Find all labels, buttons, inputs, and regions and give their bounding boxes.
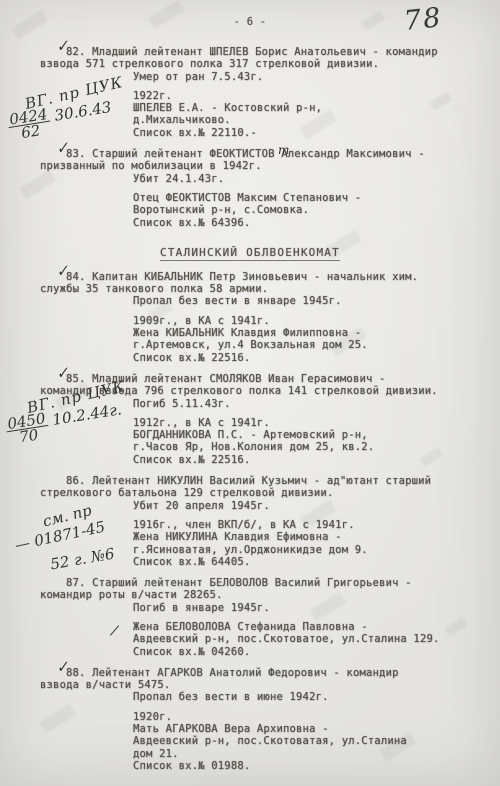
typed-line: Воротынский р-н, с.Сомовка.	[133, 204, 480, 216]
margin-annotation-86: см. пр — 01871-45 52 г. №6	[14, 504, 115, 568]
page-number: - 6 -	[40, 16, 460, 28]
typed-line: 84. Капитан КИБАЛЬНИК Петр Зиновьевич - …	[40, 271, 480, 283]
margin-annotation-82: ВГ. пр ЦУК 0424 62 30.6.43	[24, 84, 124, 133]
entry-paragraph: 84. Капитан КИБАЛЬНИК Петр Зиновьевич - …	[40, 271, 480, 308]
typed-line: Жена КИБАЛЬНИК Клавдия Филипповна -	[133, 327, 480, 339]
typed-line: взвода 571 стрелкового полка 317 стрелко…	[40, 58, 480, 70]
typed-line: 1920г.	[133, 711, 480, 723]
entry-paragraph: 83. Старший лейтенант ФЕОКТИСТОВ Алексан…	[40, 148, 480, 185]
entry-details: 1909г., в КА с 1941г.Жена КИБАЛЬНИК Клав…	[40, 315, 480, 364]
handwritten-sheet-number: 78	[402, 2, 443, 37]
typed-line: Отец ФЕОКТИСТОВ Максим Степанович -	[133, 192, 480, 204]
typed-line: 88. Лейтенант АГАРКОВ Анатолий Федорович…	[40, 667, 480, 679]
typed-line: Список вх.№ 01988.	[133, 760, 480, 772]
handwritten-checkmark: ✓	[55, 36, 71, 56]
typed-line: 86. Лейтенант НИКУЛИН Василий Кузьмич - …	[40, 475, 480, 487]
typed-line: Мать АГАРКОВА Вера Архиповна -	[133, 723, 480, 735]
margin-annotation-85: ВГ. пр ЦУК 0450 70 10.2.44г.	[26, 388, 126, 437]
typed-line: Авдеевский р-н, пос.Скотоватая, ул.Стали…	[133, 735, 480, 747]
entry-details: 1920г.Мать АГАРКОВА Вера Архиповна -Авде…	[40, 711, 480, 772]
typed-line: Пропал без вести в январе 1945г.	[40, 295, 480, 307]
entry: ✓ 83. Старший лейтенант ФЕОКТИСТОВ Алекс…	[40, 148, 480, 229]
entry: ✓ 84. Капитан КИБАЛЬНИК Петр Зиновьевич …	[40, 271, 480, 364]
entry: ✓ 88. Лейтенант АГАРКОВ Анатолий Федоров…	[40, 667, 480, 772]
typed-line: Список вх.№ 22516.	[133, 352, 480, 364]
typed-line: г.Ясиноватая, ул.Орджоникидзе дом 9.	[133, 544, 480, 556]
handwritten-checkmark: ✓	[55, 261, 71, 281]
typed-line: ШПЕЛЕВ Е.А. - Костовский р-н,	[133, 102, 480, 114]
typed-line: взвода в/части 5475.	[40, 679, 480, 691]
section-heading-row: СТАЛИНСКИЙ ОБЛВОЕНКОМАТ	[40, 241, 460, 261]
handwritten-correction: т	[278, 143, 289, 157]
entry-details: Отец ФЕОКТИСТОВ Максим Степанович -Ворот…	[40, 192, 480, 229]
typed-line: 82. Младший лейтенант ШПЕЛЕВ Борис Анато…	[40, 46, 480, 58]
typed-line: 83. Старший лейтенант ФЕОКТИСТОВ Алексан…	[40, 148, 480, 160]
typed-line: г.Артемовск, ул.4 Вокзальная дом 25.	[133, 339, 480, 351]
entry: 87. Старший лейтенант БЕЛОВОЛОВ Василий …	[40, 577, 480, 658]
typed-line: Список вх.№ 64405.	[133, 556, 480, 568]
typed-line: призванный по мобилизации в 1942г.	[40, 160, 480, 172]
typed-line: Список вх.№ 04260.	[133, 646, 480, 658]
typed-line: командир роты в/части 28265.	[40, 589, 480, 601]
entry-paragraph: 88. Лейтенант АГАРКОВ Анатолий Федорович…	[40, 667, 480, 704]
typed-line: 87. Старший лейтенант БЕЛОВОЛОВ Василий …	[40, 577, 480, 589]
typed-line: Авдеевский р-н, пос.Скотоватое, ул.Стали…	[133, 633, 480, 645]
typed-line: Убит 24.1.43г.	[40, 173, 480, 185]
detail-mark: ∕	[110, 623, 118, 640]
typed-line: 1909г., в КА с 1941г.	[133, 315, 480, 327]
handwritten-checkmark: ✓	[55, 363, 71, 383]
typed-line: Список вх.№ 22516.	[133, 454, 480, 466]
typed-line: Жена НИКУЛИНА Клавдия Ефимовна -	[133, 531, 480, 543]
typed-line: Список вх.№ 64396.	[133, 217, 480, 229]
entries: ✓ 82. Младший лейтенант ШПЕЛЕВ Борис Ана…	[40, 46, 480, 229]
typed-line: 1912г., в КА с 1941г.	[133, 417, 480, 429]
section-heading: СТАЛИНСКИЙ ОБЛВОЕНКОМАТ	[160, 246, 340, 261]
handwritten-checkmark: ✓	[55, 138, 71, 158]
typed-line: Пропал без вести в июне 1942г.	[40, 691, 480, 703]
typed-line: 1922г.	[133, 90, 480, 102]
typed-line: Жена БЕЛОВОЛОВА Стефанида Павловна -	[133, 621, 480, 633]
typed-line: БОГДАННИКОВА П.С. - Артемовский р-н,	[133, 429, 480, 441]
typed-line: д.Михальчиково.	[133, 114, 480, 126]
entry-details: ∕ Жена БЕЛОВОЛОВА Стефанида Павловна -Ав…	[40, 621, 480, 658]
typed-line: 1916г., член ВКП/б/, в КА с 1941г.	[133, 519, 480, 531]
typed-line: службы 35 танкового полка 58 армии.	[40, 283, 480, 295]
entry-paragraph: 87. Старший лейтенант БЕЛОВОЛОВ Василий …	[40, 577, 480, 614]
typed-line: г.Часов Яр, Нов.Колония дом 25, кв.2.	[133, 441, 480, 453]
typed-line: Список вх.№ 22110.-	[133, 127, 480, 139]
handwritten-checkmark: ✓	[55, 657, 71, 677]
typed-line: Погиб в январе 1945г.	[40, 602, 480, 614]
typed-line: дом 21.	[133, 748, 480, 760]
